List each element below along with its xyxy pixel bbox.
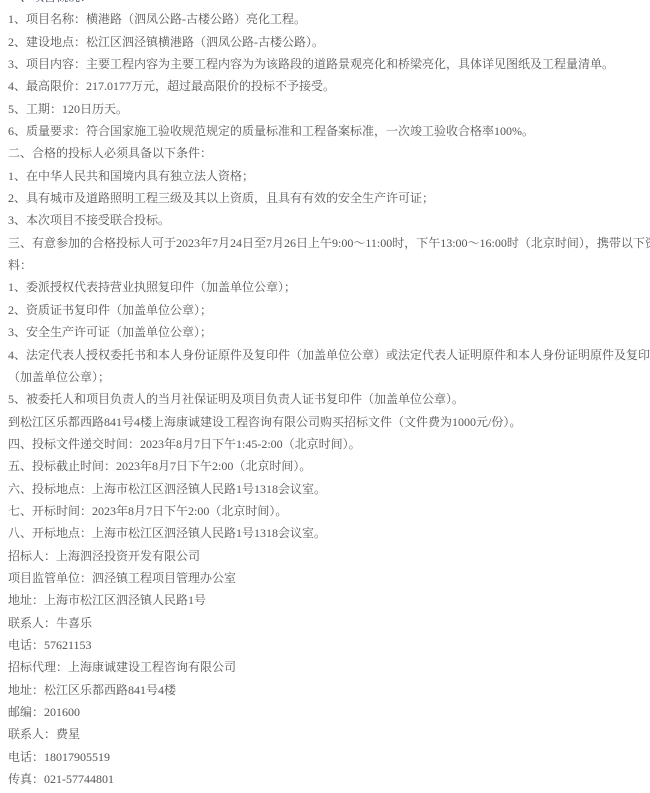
line-opening-location: 八、开标地点：上海市松江区泗泾镇人民路1号1318会议室。 <box>8 522 642 544</box>
line-duration: 5、工期：120日历天。 <box>8 98 642 120</box>
line-section2-heading: 二、合格的投标人必须具备以下条件： <box>8 142 642 164</box>
line-bidder-condition-2: 2、具有城市及道路照明工程三级及其以上资质，且具有有效的安全生产许可证； <box>8 187 642 209</box>
line-construction-site: 2、建设地点：松江区泗泾镇横港路（泗凤公路-古楼公路）。 <box>8 31 642 53</box>
line-submission-time: 四、投标文件递交时间：2023年8月7日下午1:45-2:00（北京时间）。 <box>8 433 642 455</box>
line-bidder-condition-1: 1、在中华人民共和国境内具有独立法人资格； <box>8 165 642 187</box>
line-agency-phone: 电话：18017905519 <box>8 746 642 768</box>
line-agency-address: 地址：松江区乐都西路841号4楼 <box>8 679 642 701</box>
tender-notice-document: 一、项目概况： 1、项目名称：横港路（泗凤公路-古楼公路）亮化工程。 2、建设地… <box>0 0 650 790</box>
line-material-5: 5、被委托人和项目负责人的当月社保证明及项目负责人证书复印件（加盖单位公章）。 <box>8 388 642 410</box>
line-section3-registration-part2: 料： <box>8 254 642 276</box>
line-material-3: 3、安全生产许可证（加盖单位公章）； <box>8 321 642 343</box>
line-section3-registration-part1: 三、有意参加的合格投标人可于2023年7月24日至7月26日上午9:00～11:… <box>8 232 642 254</box>
line-material-4-part2: （加盖单位公章）； <box>8 366 642 388</box>
line-project-name: 1、项目名称：横港路（泗凤公路-古楼公路）亮化工程。 <box>8 8 642 30</box>
clipped-heading-line: 一、项目概况： <box>8 0 642 8</box>
line-supervision-unit: 项目监管单位：泗泾镇工程项目管理办公室 <box>8 567 642 589</box>
line-material-4-part1: 4、法定代表人授权委托书和本人身份证原件及复印件（加盖单位公章）或法定代表人证明… <box>8 344 642 366</box>
line-material-2: 2、资质证书复印件（加盖单位公章）； <box>8 299 642 321</box>
line-tenderer-phone: 电话：57621153 <box>8 634 642 656</box>
line-bidder-condition-3: 3、本次项目不接受联合投标。 <box>8 209 642 231</box>
line-project-content: 3、项目内容：主要工程内容为主要工程内容为为该路段的道路景观亮化和桥梁亮化，具体… <box>8 53 642 75</box>
line-opening-time: 七、开标时间：2023年8月7日下午2:00（北京时间）。 <box>8 500 642 522</box>
line-tenderer-contact: 联系人：牛喜乐 <box>8 612 642 634</box>
line-agency: 招标代理：上海康诚建设工程咨询有限公司 <box>8 656 642 678</box>
line-max-price: 4、最高限价：217.0177万元，超过最高限价的投标不予接受。 <box>8 75 642 97</box>
line-quality-requirement: 6、质量要求：符合国家施工验收规范规定的质量标准和工程备案标准，一次竣工验收合格… <box>8 120 642 142</box>
line-agency-contact: 联系人：费星 <box>8 723 642 745</box>
line-bid-deadline: 五、投标截止时间：2023年8月7日下午2:00（北京时间）。 <box>8 455 642 477</box>
line-tenderer-address: 地址：上海市松江区泗泾镇人民路1号 <box>8 589 642 611</box>
line-agency-fax: 传真：021-57744801 <box>8 768 642 790</box>
line-tenderer: 招标人：上海泗泾投资开发有限公司 <box>8 545 642 567</box>
line-agency-postcode: 邮编：201600 <box>8 701 642 723</box>
line-bid-location: 六、投标地点：上海市松江区泗泾镇人民路1号1318会议室。 <box>8 478 642 500</box>
line-material-1: 1、委派授权代表持营业执照复印件（加盖单位公章）； <box>8 276 642 298</box>
line-purchase-location: 到松江区乐都西路841号4楼上海康诚建设工程咨询有限公司购买招标文件（文件费为1… <box>8 411 642 433</box>
